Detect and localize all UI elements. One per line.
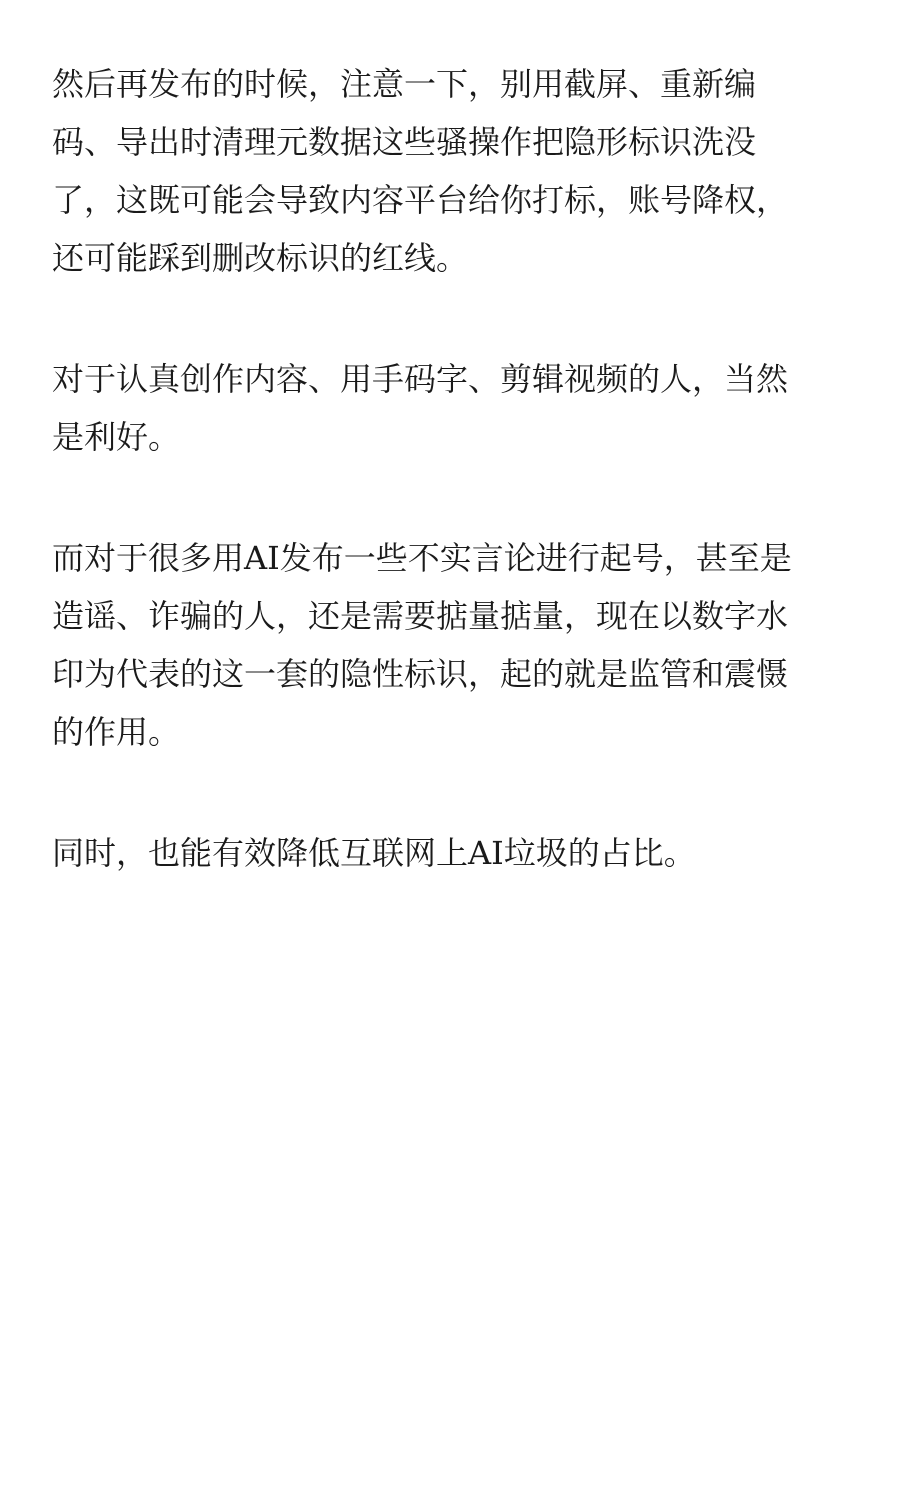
text-line: 对于认真创作内容、用手码字、剪辑视频的人，当然 (52, 350, 852, 408)
paragraph-3: 而对于很多用AI发布一些不实言论进行起号，甚至是 造谣、诈骗的人，还是需要掂量掂… (52, 529, 852, 761)
text-line: 的作用。 (52, 703, 852, 761)
text-line: 然后再发布的时候，注意一下，别用截屏、重新编 (52, 55, 852, 113)
text-line: 还可能踩到删改标识的红线。 (52, 229, 852, 287)
paragraph-1: 然后再发布的时候，注意一下，别用截屏、重新编 码、导出时清理元数据这些骚操作把隐… (52, 55, 852, 287)
paragraph-2: 对于认真创作内容、用手码字、剪辑视频的人，当然 是利好。 (52, 350, 852, 466)
article-body: 然后再发布的时候，注意一下，别用截屏、重新编 码、导出时清理元数据这些骚操作把隐… (52, 55, 852, 945)
text-line: 了，这既可能会导致内容平台给你打标，账号降权， (52, 171, 852, 229)
text-line: 码、导出时清理元数据这些骚操作把隐形标识洗没 (52, 113, 852, 171)
paragraph-4: 同时，也能有效降低互联网上AI垃圾的占比。 (52, 824, 852, 882)
text-line: 而对于很多用AI发布一些不实言论进行起号，甚至是 (52, 529, 852, 587)
text-line: 是利好。 (52, 408, 852, 466)
text-line: 印为代表的这一套的隐性标识，起的就是监管和震慑 (52, 645, 852, 703)
text-line: 同时，也能有效降低互联网上AI垃圾的占比。 (52, 824, 852, 882)
text-line: 造谣、诈骗的人，还是需要掂量掂量，现在以数字水 (52, 587, 852, 645)
